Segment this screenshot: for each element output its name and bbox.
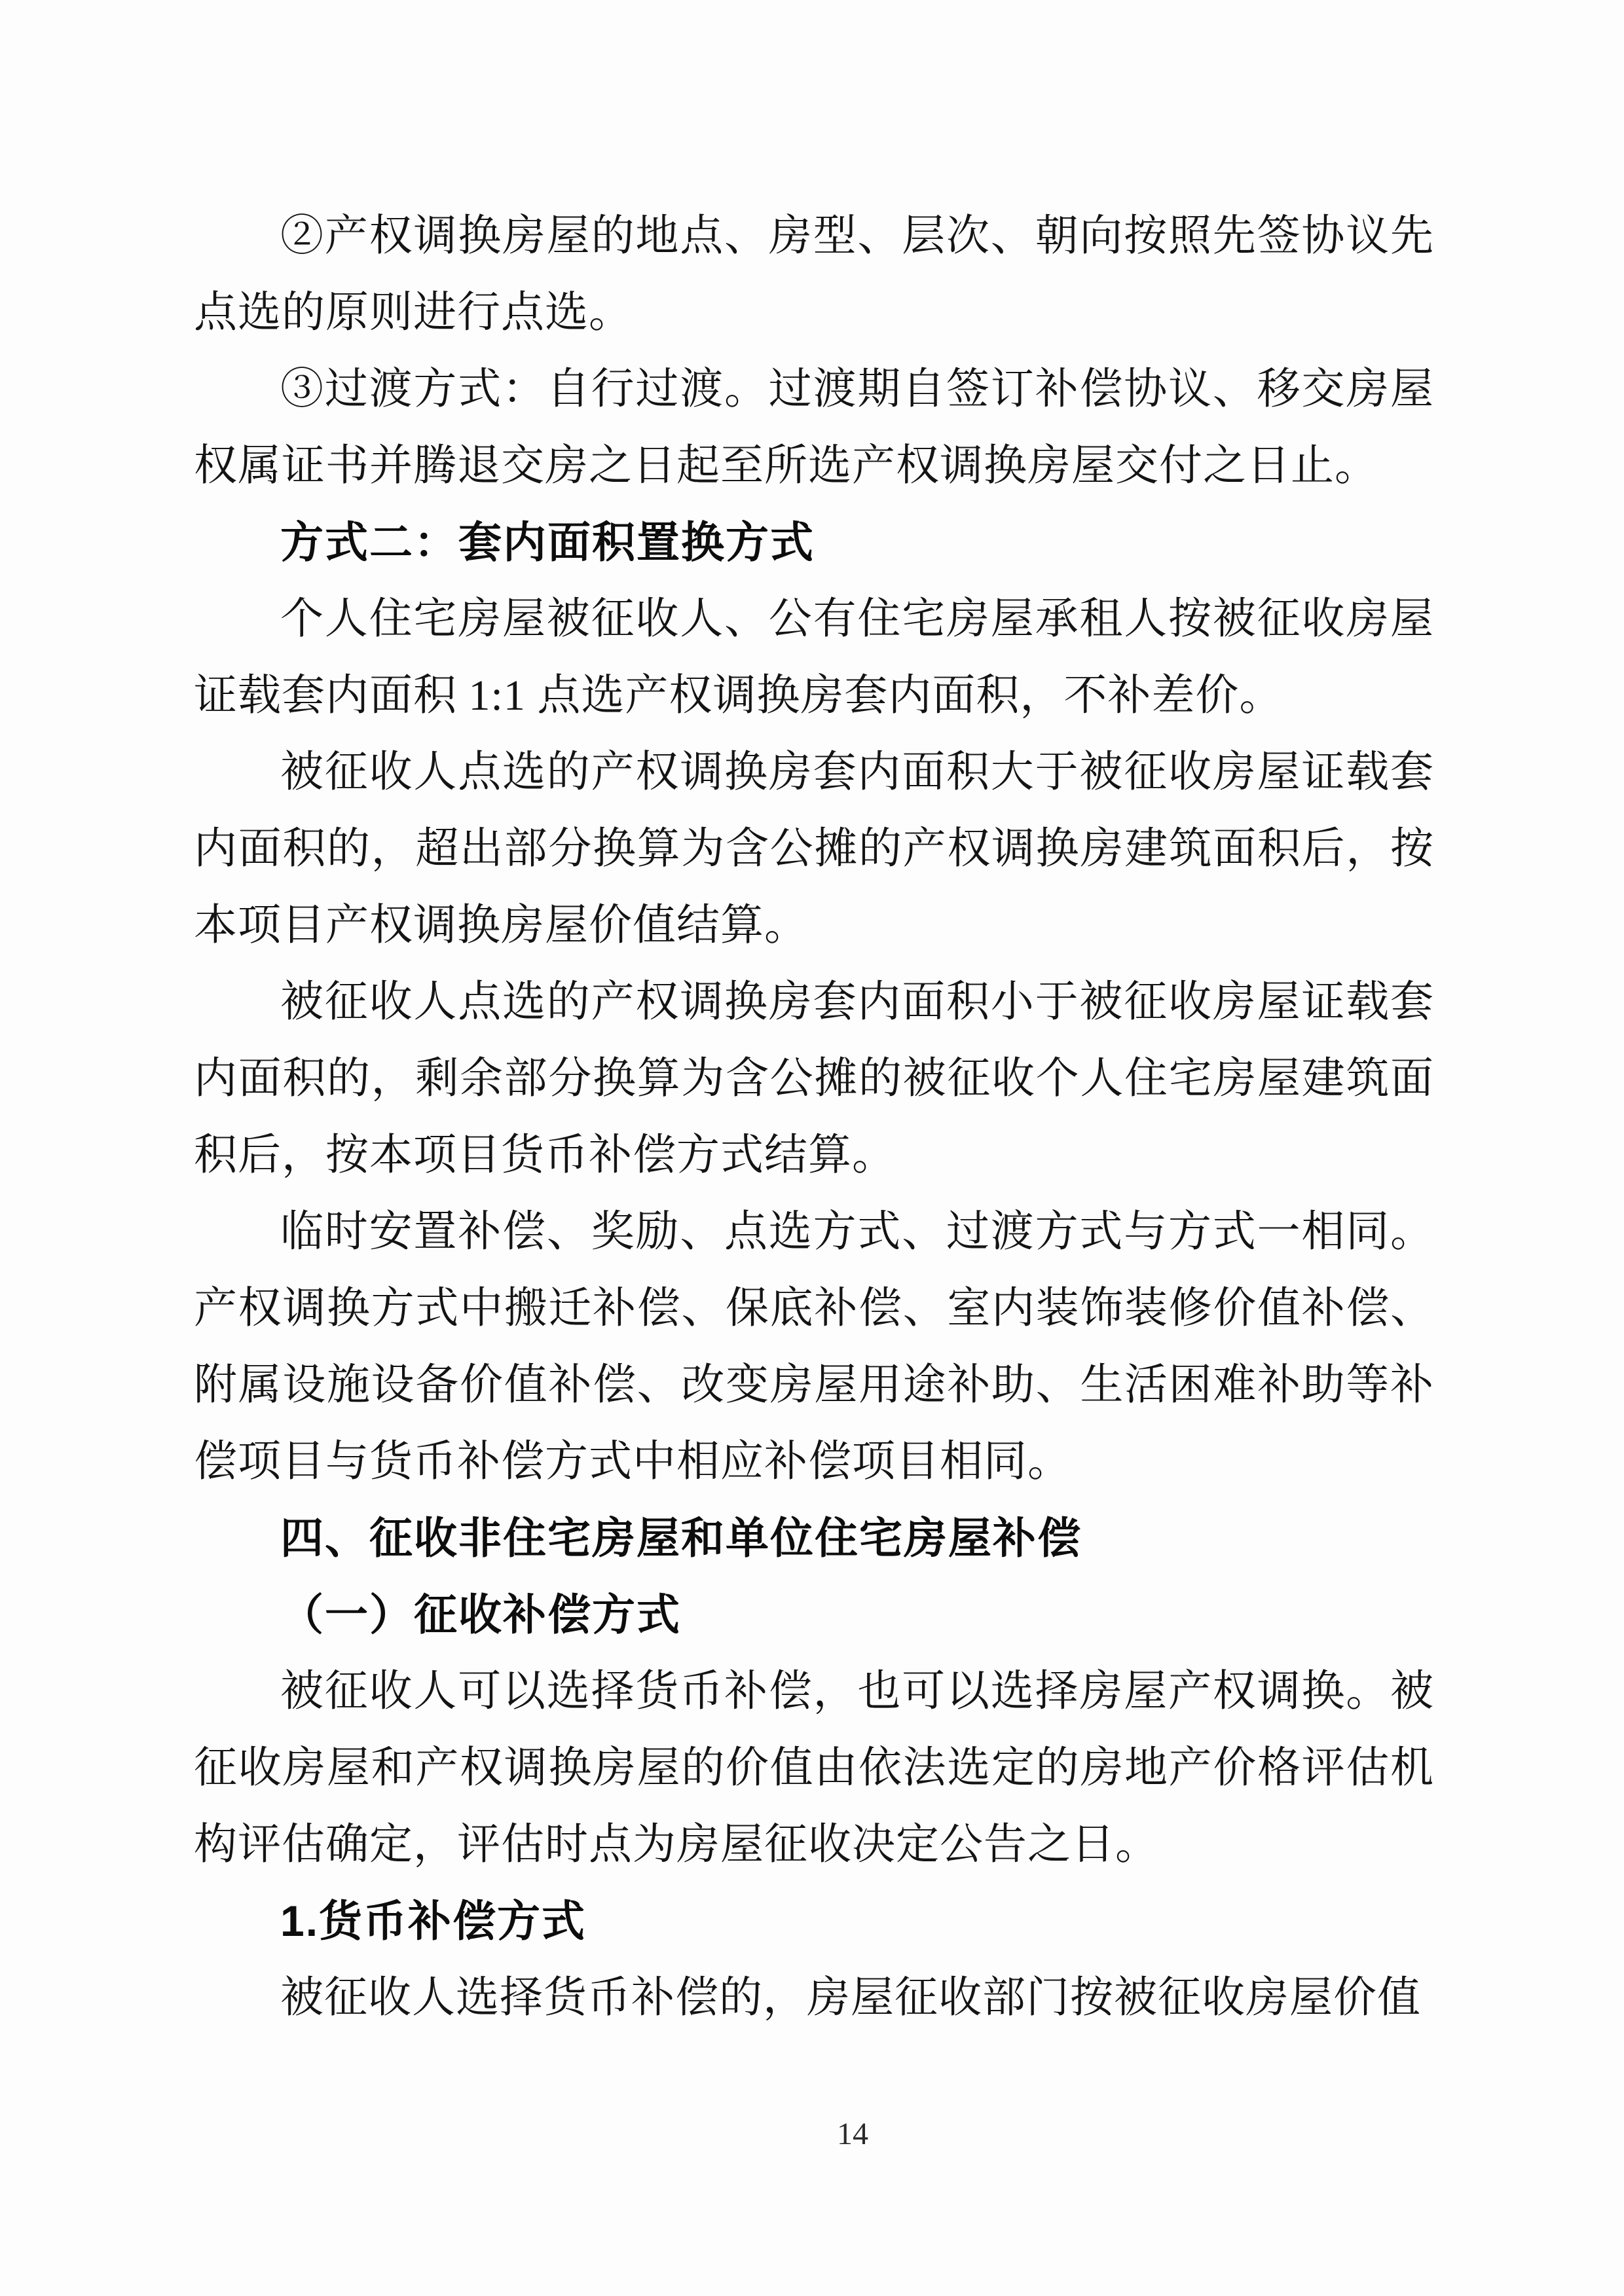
heading-compensation-mode: （一）征收补偿方式	[194, 1576, 1434, 1653]
heading-section-four: 四、征收非住宅房屋和单位住宅房屋补偿	[194, 1500, 1434, 1576]
page-number: 14	[837, 2117, 868, 2151]
page-footer: 14	[0, 2116, 1624, 2152]
paragraph-item-2: ②产权调换房屋的地点、房型、层次、朝向按照先签协议先点选的原则进行点选。	[194, 198, 1434, 351]
heading-method-two: 方式二：套内面积置换方式	[194, 504, 1434, 581]
paragraph-swap-rule: 个人住宅房屋被征收人、公有住宅房屋承租人按被征收房屋证载套内面积 1:1 点选产…	[194, 581, 1434, 734]
paragraph-item-3: ③过渡方式：自行过渡。过渡期自签订补偿协议、移交房屋权属证书并腾退交房之日起至所…	[194, 351, 1434, 504]
paragraph-area-smaller: 被征收人点选的产权调换房套内面积小于被征收房屋证载套内面积的，剩余部分换算为含公…	[194, 964, 1434, 1194]
paragraph-area-greater: 被征收人点选的产权调换房套内面积大于被征收房屋证载套内面积的，超出部分换算为含公…	[194, 734, 1434, 964]
document-page: ②产权调换房屋的地点、房型、层次、朝向按照先签协议先点选的原则进行点选。 ③过渡…	[0, 0, 1624, 2296]
paragraph-monetary-detail: 被征收人选择货币补偿的，房屋征收部门按被征收房屋价值	[194, 1959, 1434, 2036]
document-body: ②产权调换房屋的地点、房型、层次、朝向按照先签协议先点选的原则进行点选。 ③过渡…	[194, 198, 1434, 2036]
paragraph-same-items: 临时安置补偿、奖励、点选方式、过渡方式与方式一相同。产权调换方式中搬迁补偿、保底…	[194, 1194, 1434, 1500]
heading-monetary-mode: 1.货币补偿方式	[194, 1883, 1434, 1959]
paragraph-choice: 被征收人可以选择货币补偿，也可以选择房屋产权调换。被征收房屋和产权调换房屋的价值…	[194, 1653, 1434, 1883]
